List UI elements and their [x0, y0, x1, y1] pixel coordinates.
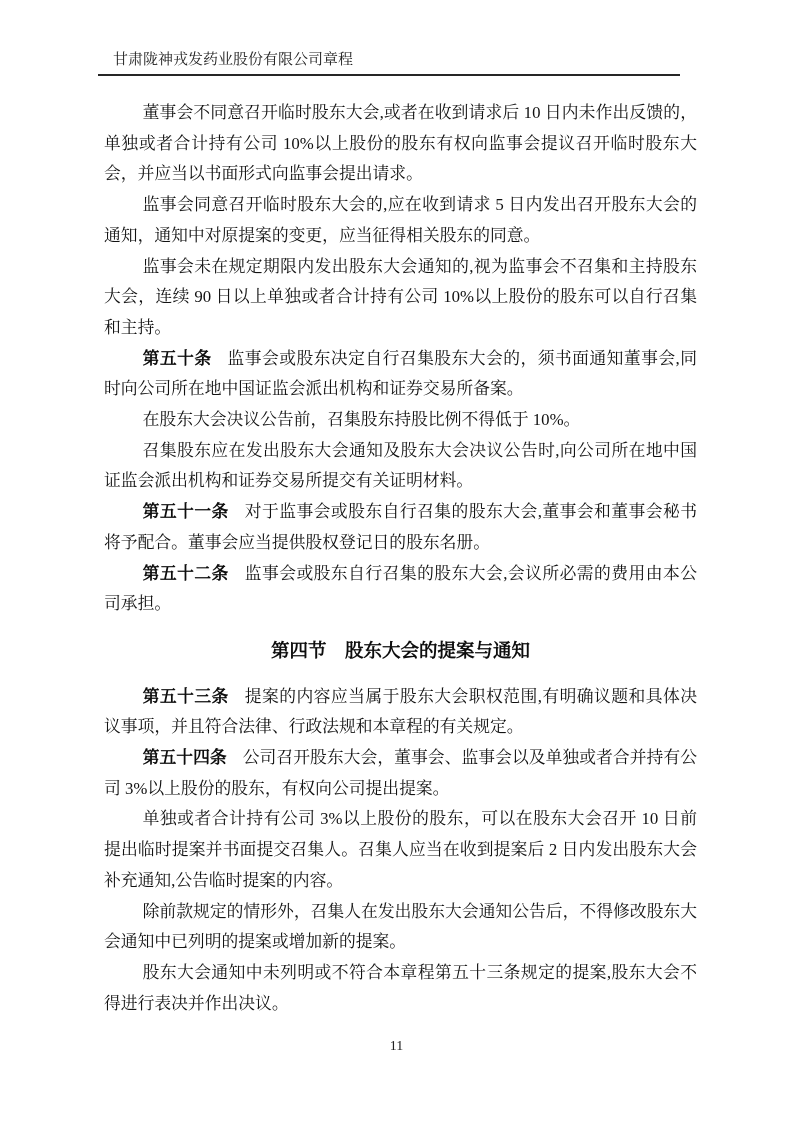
header-title: 甘肃陇神戎发药业股份有限公司章程: [113, 51, 680, 70]
paragraph-text: 董事会不同意召开临时股东大会,或者在收到请求后 10 日内未作出反馈的，单独或者…: [104, 103, 697, 183]
paragraph: 第五十三条提案的内容应当属于股东大会职权范围,有明确议题和具体决议事项，并且符合…: [104, 682, 697, 743]
paragraph-text: 在股东大会决议公告前，召集股东持股比例不得低于 10%。: [143, 410, 581, 429]
paragraph-text: 监事会未在规定期限内发出股东大会通知的,视为监事会不召集和主持股东大会，连续 9…: [104, 257, 697, 337]
paragraph: 第五十条监事会或股东决定自行召集股东大会的，须书面通知董事会,同时向公司所在地中…: [104, 344, 697, 405]
page-number: 11: [0, 1038, 793, 1056]
paragraph: 单独或者合计持有公司 3%以上股份的股东，可以在股东大会召开 10 日前提出临时…: [104, 804, 697, 896]
article-number: 第五十一条: [143, 502, 229, 521]
paragraph: 第五十一条对于监事会或股东自行召集的股东大会,董事会和董事会秘书将予配合。董事会…: [104, 497, 697, 558]
page-header: 甘肃陇神戎发药业股份有限公司章程: [98, 51, 680, 76]
article-number: 第五十四条: [143, 748, 227, 767]
paragraph: 除前款规定的情形外，召集人在发出股东大会通知公告后，不得修改股东大会通知中已列明…: [104, 897, 697, 958]
paragraph-text: 监事会同意召开临时股东大会的,应在收到请求 5 日内发出召开股东大会的通知，通知…: [104, 195, 697, 245]
paragraph: 第五十二条监事会或股东自行召集的股东大会,会议所必需的费用由本公司承担。: [104, 559, 697, 620]
paragraph: 在股东大会决议公告前，召集股东持股比例不得低于 10%。: [104, 405, 697, 436]
article-number: 第五十三条: [143, 687, 229, 706]
paragraph: 召集股东应在发出股东大会通知及股东大会决议公告时,向公司所在地中国证监会派出机构…: [104, 436, 697, 497]
section-heading: 第四节 股东大会的提案与通知: [104, 637, 697, 668]
paragraph: 董事会不同意召开临时股东大会,或者在收到请求后 10 日内未作出反馈的，单独或者…: [104, 98, 697, 190]
paragraph-text: 单独或者合计持有公司 3%以上股份的股东，可以在股东大会召开 10 日前提出临时…: [104, 809, 697, 889]
document-page: 甘肃陇神戎发药业股份有限公司章程 董事会不同意召开临时股东大会,或者在收到请求后…: [0, 0, 793, 1122]
paragraph-text: 除前款规定的情形外，召集人在发出股东大会通知公告后，不得修改股东大会通知中已列明…: [104, 902, 697, 952]
paragraph: 监事会同意召开临时股东大会的,应在收到请求 5 日内发出召开股东大会的通知，通知…: [104, 190, 697, 251]
article-number: 第五十二条: [143, 564, 229, 583]
paragraph: 第五十四条公司召开股东大会，董事会、监事会以及单独或者合并持有公司 3%以上股份…: [104, 743, 697, 804]
paragraph-text: 召集股东应在发出股东大会通知及股东大会决议公告时,向公司所在地中国证监会派出机构…: [104, 441, 697, 491]
paragraph-text: 股东大会通知中未列明或不符合本章程第五十三条规定的提案,股东大会不得进行表决并作…: [104, 963, 697, 1013]
article-number: 第五十条: [143, 349, 212, 368]
document-body: 董事会不同意召开临时股东大会,或者在收到请求后 10 日内未作出反馈的，单独或者…: [104, 98, 697, 1019]
paragraph: 监事会未在规定期限内发出股东大会通知的,视为监事会不召集和主持股东大会，连续 9…: [104, 252, 697, 344]
paragraph: 股东大会通知中未列明或不符合本章程第五十三条规定的提案,股东大会不得进行表决并作…: [104, 958, 697, 1019]
